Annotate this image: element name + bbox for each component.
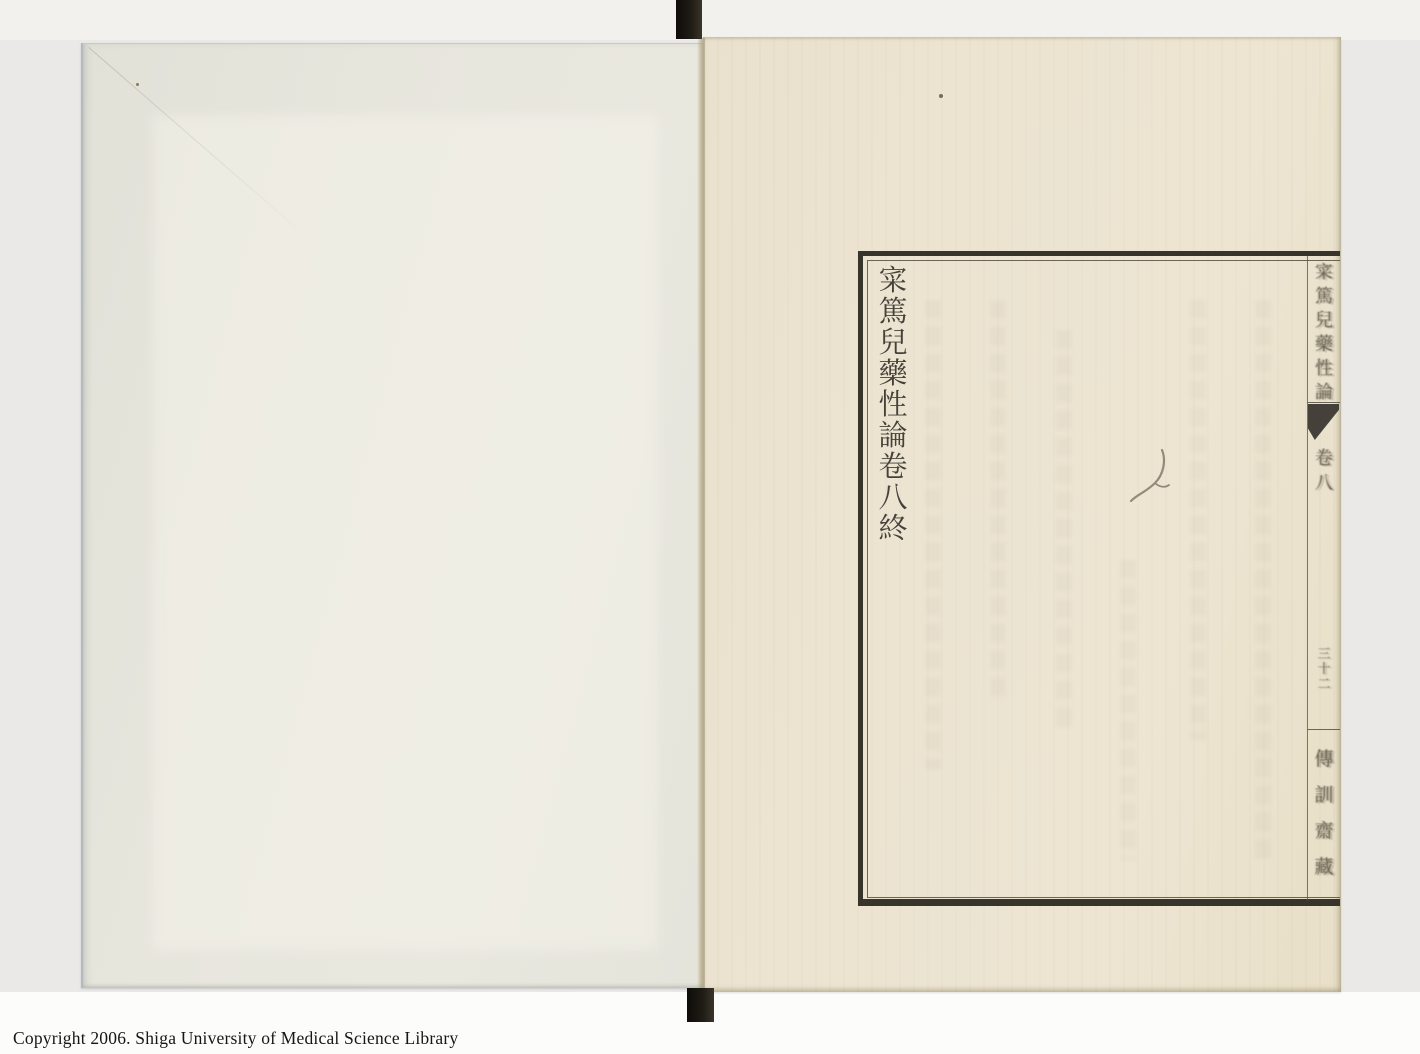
colophon-character: 論 <box>1308 380 1340 404</box>
binding-strap-bottom <box>687 988 714 1022</box>
colophon-character: 傳 <box>1308 742 1340 778</box>
hashira-title-text: 寀篤兒藥性論 <box>1308 260 1340 404</box>
colophon-character: 三 <box>1311 646 1337 661</box>
colophon-character: 訓 <box>1308 778 1340 814</box>
colophon-character: 二 <box>1311 676 1337 691</box>
colophon-character: 八 <box>1308 471 1340 496</box>
colophon-character: 寀 <box>870 266 916 297</box>
colophon-character: 篤 <box>870 297 916 328</box>
show-through-text-column <box>1255 300 1271 860</box>
colophon-text: 寀篤兒藥性論卷八終 <box>870 266 916 545</box>
scanned-book-spread: 寀篤兒藥性論卷八終 寀篤兒藥性論 卷八 三十二 傳訓齋藏 Copyright 2… <box>0 0 1420 1054</box>
colophon-character: 論 <box>870 421 916 452</box>
colophon-character: 藏 <box>1308 850 1340 886</box>
colophon-character: 藥 <box>1308 332 1340 356</box>
colophon-character: 篤 <box>1308 284 1340 308</box>
colophon-character: 八 <box>870 483 916 514</box>
copyright-line: Copyright 2006. Shiga University of Medi… <box>13 1028 458 1049</box>
center-fold-gutter <box>697 38 705 990</box>
show-through-text-column <box>990 300 1006 700</box>
colophon-character: 卷 <box>1308 446 1340 471</box>
left-page-inner-sheet <box>153 115 658 950</box>
show-through-text-column <box>1120 560 1136 860</box>
colophon-character: 寀 <box>1308 260 1340 284</box>
hashira-volume-text: 卷八 <box>1308 446 1340 496</box>
colophon-character: 兒 <box>870 328 916 359</box>
hashira-rule-above-publisher <box>1307 729 1340 730</box>
scanner-background-top <box>0 0 1420 40</box>
colophon-character: 終 <box>870 514 916 545</box>
colophon-character: 齋 <box>1308 814 1340 850</box>
left-page-blank-verso <box>81 43 704 988</box>
binding-strap-top <box>676 0 702 39</box>
colophon-character: 兒 <box>1308 308 1340 332</box>
hashira-publisher-mark: 傳訓齋藏 <box>1308 742 1340 886</box>
hashira-page-number: 三十二 <box>1311 646 1337 691</box>
paper-speck <box>136 83 139 86</box>
show-through-text-column <box>1190 300 1206 740</box>
colophon-character: 性 <box>1308 356 1340 380</box>
colophon-character: 卷 <box>870 452 916 483</box>
colophon-character: 十 <box>1311 661 1337 676</box>
paper-speck <box>939 94 943 98</box>
colophon-character: 性 <box>870 390 916 421</box>
show-through-text-column <box>1056 330 1072 730</box>
colophon-character: 藥 <box>870 359 916 390</box>
show-through-text-column <box>925 300 941 770</box>
ink-mark <box>1128 446 1176 508</box>
